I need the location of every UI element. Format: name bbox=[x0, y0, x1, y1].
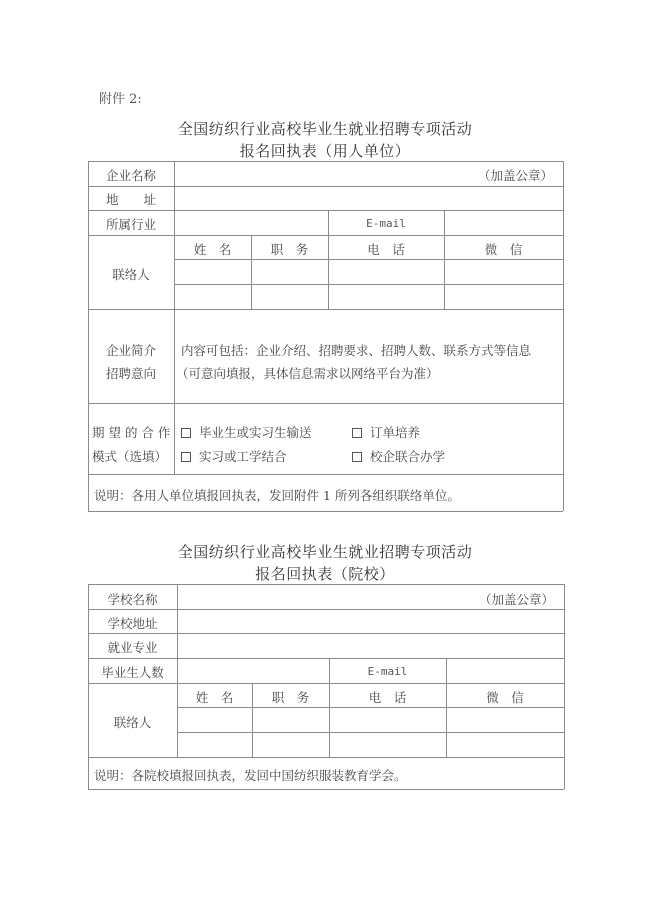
checkbox[interactable] bbox=[181, 428, 191, 438]
industry-label: 所属行业 bbox=[88, 215, 174, 233]
intro-text-line2: （可意向填报，具体信息需求以网络平台为准） bbox=[176, 364, 439, 382]
contact-label: 联络人 bbox=[88, 265, 174, 283]
contact2-position-field[interactable] bbox=[253, 733, 328, 756]
divider bbox=[88, 511, 563, 512]
email-field[interactable] bbox=[447, 659, 563, 682]
form1-title-line1: 全国纺织行业高校毕业生就业招聘专项活动 bbox=[0, 118, 650, 139]
contact2-wechat-field[interactable] bbox=[447, 733, 563, 756]
contact-header-phone: 电 话 bbox=[329, 688, 446, 706]
divider bbox=[88, 683, 564, 684]
option-label: 实习或工学结合 bbox=[199, 449, 287, 464]
contact-label: 联络人 bbox=[88, 713, 177, 731]
address-label: 地 址 bbox=[88, 190, 174, 208]
contact-header-phone: 电 话 bbox=[328, 240, 444, 258]
graduates-field[interactable] bbox=[178, 659, 328, 682]
coop-label-line2: 模式（选填） bbox=[92, 447, 167, 465]
seal-note: （加盖公章） bbox=[479, 590, 554, 608]
graduates-label: 毕业生人数 bbox=[88, 663, 177, 681]
form2-title-line1: 全国纺织行业高校毕业生就业招聘专项活动 bbox=[0, 541, 650, 562]
email-field[interactable] bbox=[445, 211, 562, 234]
contact-header-position: 职 务 bbox=[251, 240, 328, 258]
option-label: 校企联合办学 bbox=[370, 449, 445, 464]
school-address-label: 学校地址 bbox=[88, 614, 177, 632]
major-field[interactable] bbox=[178, 634, 563, 657]
divider bbox=[88, 757, 564, 758]
checkbox[interactable] bbox=[352, 428, 362, 438]
contact-header-wechat: 微 信 bbox=[444, 240, 563, 258]
school-name-label: 学校名称 bbox=[88, 590, 177, 608]
address-field[interactable] bbox=[175, 187, 562, 209]
email-label: E-mail bbox=[329, 665, 446, 678]
contact1-wechat-field[interactable] bbox=[447, 708, 563, 731]
form1-title-line2: 报名回执表（用人单位） bbox=[0, 140, 650, 161]
contact-header-name: 姓 名 bbox=[177, 688, 252, 706]
contact1-phone-field[interactable] bbox=[329, 260, 443, 283]
form2-note: 说明：各院校填报回执表，发回中国纺织服装教育学会。 bbox=[94, 766, 407, 784]
intro-text-line1: 内容可包括：企业介绍、招聘要求、招聘人数、联系方式等信息 bbox=[181, 341, 531, 359]
form2-title-line2: 报名回执表（院校） bbox=[0, 563, 650, 584]
contact2-position-field[interactable] bbox=[252, 285, 327, 308]
coop-option-graduate-supply[interactable]: 毕业生或实习生输送 bbox=[181, 423, 312, 441]
form1-note: 说明：各用人单位填报回执表，发回附件 1 所列各组织联络单位。 bbox=[94, 486, 460, 504]
option-label: 订单培养 bbox=[370, 425, 420, 440]
option-label: 毕业生或实习生输送 bbox=[199, 425, 312, 440]
contact-header-position: 职 务 bbox=[252, 688, 329, 706]
intro-label-line1: 企业简介 bbox=[88, 341, 174, 359]
contact2-wechat-field[interactable] bbox=[445, 285, 562, 308]
coop-label-line1: 期 望 的 合 作 bbox=[92, 423, 170, 441]
divider bbox=[88, 789, 564, 790]
contact1-wechat-field[interactable] bbox=[445, 260, 562, 283]
divider bbox=[88, 235, 563, 236]
seal-note: （加盖公章） bbox=[478, 166, 553, 184]
school-address-field[interactable] bbox=[178, 610, 563, 632]
contact1-phone-field[interactable] bbox=[330, 708, 445, 731]
major-label: 就业专业 bbox=[88, 638, 177, 656]
divider bbox=[563, 161, 564, 511]
attachment-label: 附件 2: bbox=[99, 88, 142, 107]
divider bbox=[88, 161, 89, 511]
coop-option-internship[interactable]: 实习或工学结合 bbox=[181, 447, 287, 465]
divider bbox=[564, 584, 565, 789]
checkbox[interactable] bbox=[352, 452, 362, 462]
contact2-phone-field[interactable] bbox=[330, 733, 445, 756]
coop-option-order-training[interactable]: 订单培养 bbox=[352, 423, 420, 441]
contact1-name-field[interactable] bbox=[175, 260, 250, 283]
contact2-name-field[interactable] bbox=[178, 733, 251, 756]
contact-header-wechat: 微 信 bbox=[446, 688, 564, 706]
company-name-label: 企业名称 bbox=[88, 166, 174, 184]
contact1-position-field[interactable] bbox=[253, 708, 328, 731]
contact2-name-field[interactable] bbox=[175, 285, 250, 308]
industry-field[interactable] bbox=[175, 211, 327, 234]
divider bbox=[88, 474, 563, 475]
contact2-phone-field[interactable] bbox=[329, 285, 443, 308]
intro-label-line2: 招聘意向 bbox=[88, 364, 174, 382]
email-label: E-mail bbox=[328, 217, 444, 230]
contact1-name-field[interactable] bbox=[178, 708, 251, 731]
divider bbox=[88, 309, 563, 310]
contact1-position-field[interactable] bbox=[252, 260, 327, 283]
contact-header-name: 姓 名 bbox=[174, 240, 251, 258]
checkbox[interactable] bbox=[181, 452, 191, 462]
divider bbox=[88, 403, 563, 404]
coop-option-joint-school[interactable]: 校企联合办学 bbox=[352, 447, 445, 465]
